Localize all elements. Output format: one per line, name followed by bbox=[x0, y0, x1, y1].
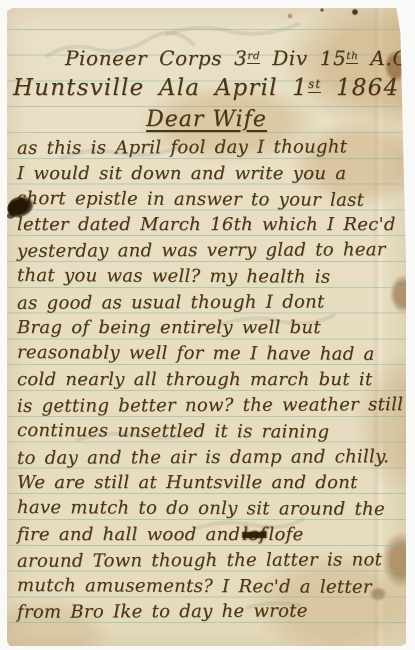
letter-line: as this is April fool day I thought bbox=[17, 131, 401, 158]
heading-text: Div 15 bbox=[260, 46, 346, 70]
letter-page: Pioneer Corps 3rd Div 15th A.C. ~ Huntsv… bbox=[7, 8, 406, 646]
letter-line: Brag of being entirely well but bbox=[17, 313, 401, 339]
letter-line: to day and the air is damp and chilly. bbox=[17, 441, 401, 468]
letter-line: from Bro Ike to day he wrote bbox=[17, 596, 401, 623]
ordinal-suffix: rd bbox=[247, 50, 260, 64]
letter-line: letter dated March 16th which I Rec'd bbox=[17, 209, 401, 235]
ordinal-suffix: th bbox=[346, 50, 358, 64]
letter-heading-line2: Huntsville Ala April 1st 1864 bbox=[13, 75, 399, 101]
letter-line: reasonably well for me I have had a bbox=[17, 337, 401, 365]
heading-text: A.C. ~ bbox=[358, 46, 415, 70]
letter-line: yesterday and was verry glad to hear bbox=[17, 234, 401, 261]
photo-background: Pioneer Corps 3rd Div 15th A.C. ~ Huntsv… bbox=[0, 0, 415, 650]
letter-body: as this is April fool day I thoughtI wou… bbox=[17, 132, 401, 622]
letter-line: continues unsettled it is raining bbox=[17, 415, 401, 443]
heading-text: Pioneer Corps 3 bbox=[65, 46, 247, 70]
letter-line: have mutch to do only sit around the bbox=[17, 492, 401, 520]
heading-text: 1864 bbox=[321, 75, 399, 101]
letter-line: fire and hall wood andloflofe bbox=[17, 519, 401, 545]
letter-line: I would sit down and write you a bbox=[17, 158, 401, 184]
letter-line: that you was well? my health is bbox=[17, 260, 401, 288]
letter-heading-line1: Pioneer Corps 3rd Div 15th A.C. ~ bbox=[65, 46, 415, 70]
letter-line: mutch amusements? I Rec'd a letter bbox=[17, 570, 401, 598]
struck-out-word: lof bbox=[242, 524, 266, 545]
letter-line: We are still at Huntsville and dont bbox=[17, 467, 401, 493]
ordinal-suffix: st bbox=[308, 77, 321, 93]
heading-text: Huntsville Ala April 1 bbox=[13, 75, 308, 101]
letter-line: cold nearly all through march but it bbox=[17, 364, 401, 390]
letter-salutation: Dear Wife bbox=[7, 107, 406, 132]
letter-line: as good as usual though I dont bbox=[17, 286, 401, 313]
letter-line: around Town though the latter is not bbox=[17, 544, 401, 571]
salutation-text: Dear Wife bbox=[146, 107, 267, 132]
letter-line: is getting better now? the weather still bbox=[17, 389, 401, 416]
letter-line: short epistle in answer to your last bbox=[17, 183, 401, 211]
